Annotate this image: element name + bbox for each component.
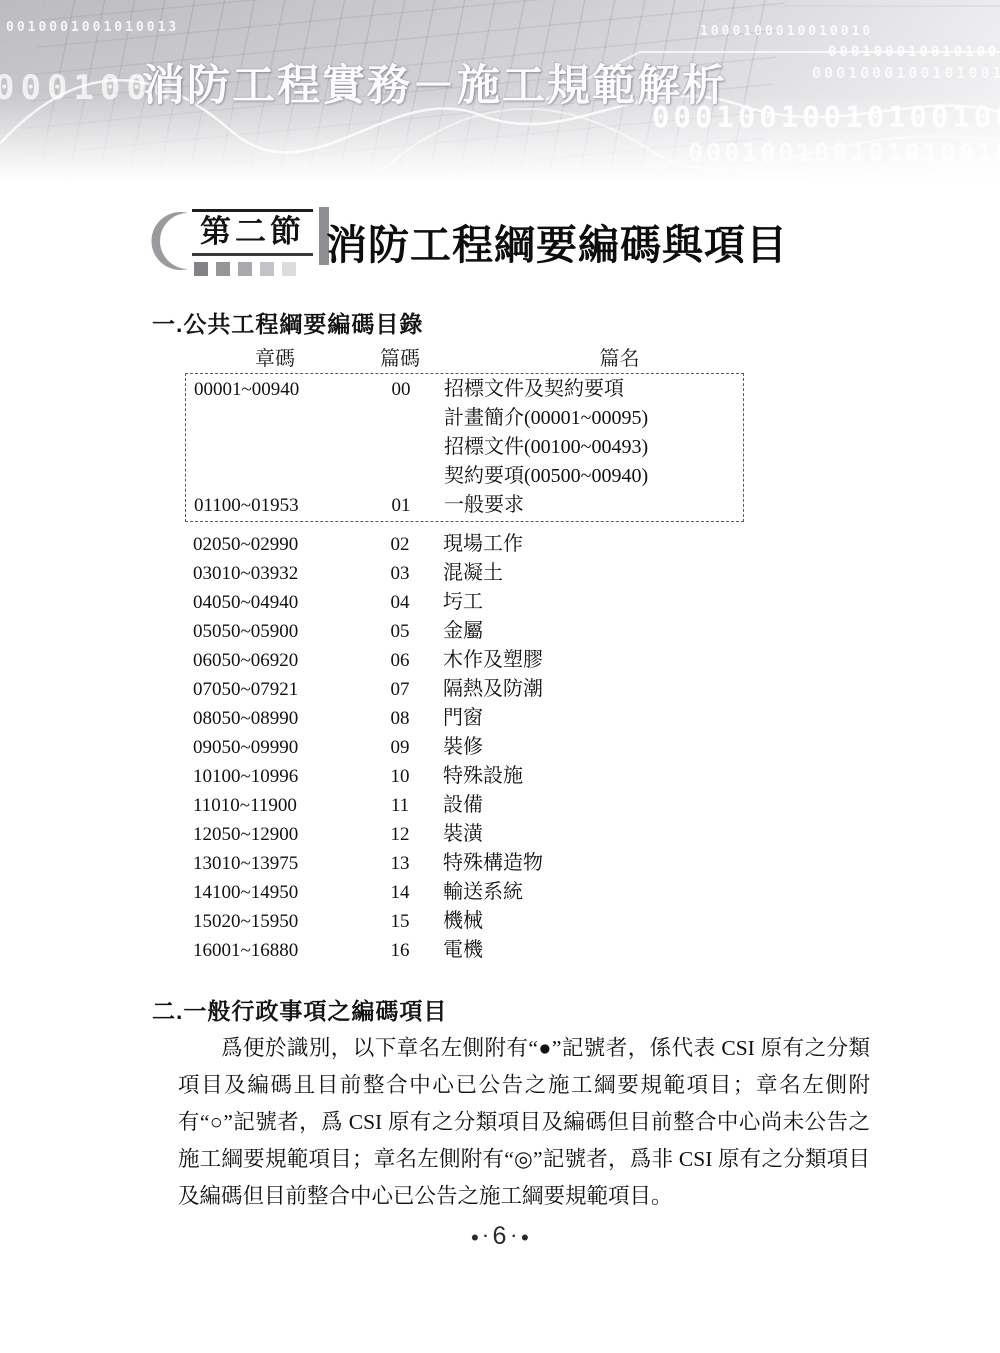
section-name-cell: 特殊構造物: [435, 849, 744, 878]
chapter-code-cell: [186, 433, 366, 462]
column-header-section-name: 篇名: [435, 347, 744, 373]
chapter-code-cell: 01100~01953: [186, 491, 366, 520]
section-name-cell: 裝修: [435, 733, 744, 762]
table-row: 02050~02990 02 現場工作: [185, 530, 744, 559]
admin-paragraph: 爲便於識別，以下章名左側附有“●”記號者，係代表 CSI 原有之分類項目及編碼且…: [178, 1030, 870, 1215]
chapter-code-cell: [186, 404, 366, 433]
section-code-cell: [366, 404, 436, 433]
chapter-code-cell: 14100~14950: [185, 878, 365, 907]
chapter-code-cell: 10100~10996: [185, 762, 365, 791]
chapter-code-cell: 15020~15950: [185, 907, 365, 936]
admin-heading: 二.一般行政事項之編碼項目: [152, 993, 447, 1026]
banner-fade-overlay: [0, 0, 1000, 186]
chapter-code-cell: 11010~11900: [185, 791, 365, 820]
section-name-cell: 隔熱及防潮: [435, 675, 744, 704]
chapter-code-cell: 16001~16880: [185, 936, 365, 965]
chapter-code-cell: 02050~02990: [185, 530, 365, 559]
table-row: 08050~08990 08 門窗: [185, 704, 744, 733]
gradient-squares: [192, 262, 313, 276]
table-row: 計畫簡介(00001~00095): [186, 404, 743, 433]
section-code-cell: [366, 462, 436, 491]
chapter-code-cell: 06050~06920: [185, 646, 365, 675]
section-code-cell: 01: [366, 491, 436, 520]
section-code-cell: 04: [365, 588, 435, 617]
square: [238, 262, 252, 276]
section-name-cell: 圬工: [435, 588, 744, 617]
table-row: 招標文件(00100~00493): [186, 433, 743, 462]
square: [282, 262, 296, 276]
section-code-cell: 03: [365, 559, 435, 588]
section-name-cell: 契約要項(00500~00940): [436, 462, 743, 491]
column-header-section-code: 篇碼: [365, 347, 435, 373]
chapter-code-cell: [186, 462, 366, 491]
table-row: 06050~06920 06 木作及塑膠: [185, 646, 744, 675]
section-code-cell: 09: [365, 733, 435, 762]
section-code-cell: 11: [365, 791, 435, 820]
page-number: 6: [493, 1222, 508, 1250]
section-code-cell: 07: [365, 675, 435, 704]
table-row: 00001~00940 00 招標文件及契約要項: [186, 375, 743, 404]
table-row: 14100~14950 14 輸送系統: [185, 878, 744, 907]
table-row: 12050~12900 12 裝潢: [185, 820, 744, 849]
footer-separator-left: ·: [479, 1228, 492, 1245]
section-name-cell: 招標文件(00100~00493): [436, 433, 743, 462]
section-name-cell: 設備: [435, 791, 744, 820]
footer-dot-right: ●: [521, 1229, 529, 1245]
section-code-cell: 02: [365, 530, 435, 559]
footer-separator-right: ·: [507, 1228, 520, 1245]
section-badge-box: 第二節: [192, 209, 313, 276]
chapter-code-cell: 05050~05900: [185, 617, 365, 646]
section-name-cell: 現場工作: [435, 530, 744, 559]
section-name-cell: 一般要求: [436, 491, 743, 520]
catalog-heading: 一.公共工程綱要編碼目錄: [152, 306, 423, 339]
table-row: 13010~13975 13 特殊構造物: [185, 849, 744, 878]
section-code-cell: 14: [365, 878, 435, 907]
section-code-cell: 12: [365, 820, 435, 849]
chapter-code-cell: 07050~07921: [185, 675, 365, 704]
chapter-code-cell: 00001~00940: [186, 375, 366, 404]
page-footer: ●·6·●: [0, 1222, 1000, 1251]
table-header-row: 章碼 篇碼 篇名: [185, 347, 744, 373]
section-name-cell: 特殊設施: [435, 762, 744, 791]
table-row: 11010~11900 11 設備: [185, 791, 744, 820]
table-row: 05050~05900 05 金屬: [185, 617, 744, 646]
square: [260, 262, 274, 276]
section-name-cell: 門窗: [435, 704, 744, 733]
section-name-cell: 混凝土: [435, 559, 744, 588]
table-row: 16001~16880 16 電機: [185, 936, 744, 965]
section-badge: 第二節: [148, 209, 329, 276]
dashed-box-rows: 00001~00940 00 招標文件及契約要項 計畫簡介(00001~0009…: [185, 373, 744, 522]
section-code-cell: 08: [365, 704, 435, 733]
chapter-code-cell: 09050~09990: [185, 733, 365, 762]
section-code-cell: [366, 433, 436, 462]
crescent-icon: [148, 209, 190, 273]
square: [194, 262, 208, 276]
column-header-chapter-code: 章碼: [185, 347, 365, 373]
footer-dot-left: ●: [471, 1229, 479, 1245]
table-row: 15020~15950 15 機械: [185, 907, 744, 936]
section-code-cell: 06: [365, 646, 435, 675]
chapter-code-cell: 04050~04940: [185, 588, 365, 617]
chapter-code-cell: 12050~12900: [185, 820, 365, 849]
section-code-cell: 13: [365, 849, 435, 878]
section-code-cell: 16: [365, 936, 435, 965]
section-code-cell: 05: [365, 617, 435, 646]
section-name-cell: 輸送系統: [435, 878, 744, 907]
document-page: 0010001001010013 0001000 100010001001001…: [0, 0, 1000, 1353]
table-row: 04050~04940 04 圬工: [185, 588, 744, 617]
section-name-cell: 計畫簡介(00001~00095): [436, 404, 743, 433]
section-name-cell: 招標文件及契約要項: [436, 375, 743, 404]
section-code-cell: 15: [365, 907, 435, 936]
section-name-cell: 電機: [435, 936, 744, 965]
chapter-code-cell: 08050~08990: [185, 704, 365, 733]
table-row: 03010~03932 03 混凝土: [185, 559, 744, 588]
catalog-table: 章碼 篇碼 篇名 00001~00940 00 招標文件及契約要項 計畫簡介(0…: [185, 347, 744, 965]
table-rows: 02050~02990 02 現場工作 03010~03932 03 混凝土 0…: [185, 530, 744, 965]
chapter-code-cell: 03010~03932: [185, 559, 365, 588]
chapter-code-cell: 13010~13975: [185, 849, 365, 878]
section-code-cell: 00: [366, 375, 436, 404]
section-name-cell: 金屬: [435, 617, 744, 646]
section-name-cell: 裝潢: [435, 820, 744, 849]
table-row: 10100~10996 10 特殊設施: [185, 762, 744, 791]
table-row: 07050~07921 07 隔熱及防潮: [185, 675, 744, 704]
section-name-cell: 木作及塑膠: [435, 646, 744, 675]
section-code-cell: 10: [365, 762, 435, 791]
table-row: 09050~09990 09 裝修: [185, 733, 744, 762]
table-row: 01100~01953 01 一般要求: [186, 491, 743, 520]
section-name-cell: 機械: [435, 907, 744, 936]
section-title: 消防工程綱要編碼與項目: [326, 212, 788, 271]
table-row: 契約要項(00500~00940): [186, 462, 743, 491]
page-header-banner: 0010001001010013 0001000 100010001001001…: [0, 0, 1000, 186]
section-number-label: 第二節: [192, 209, 313, 256]
square: [216, 262, 230, 276]
